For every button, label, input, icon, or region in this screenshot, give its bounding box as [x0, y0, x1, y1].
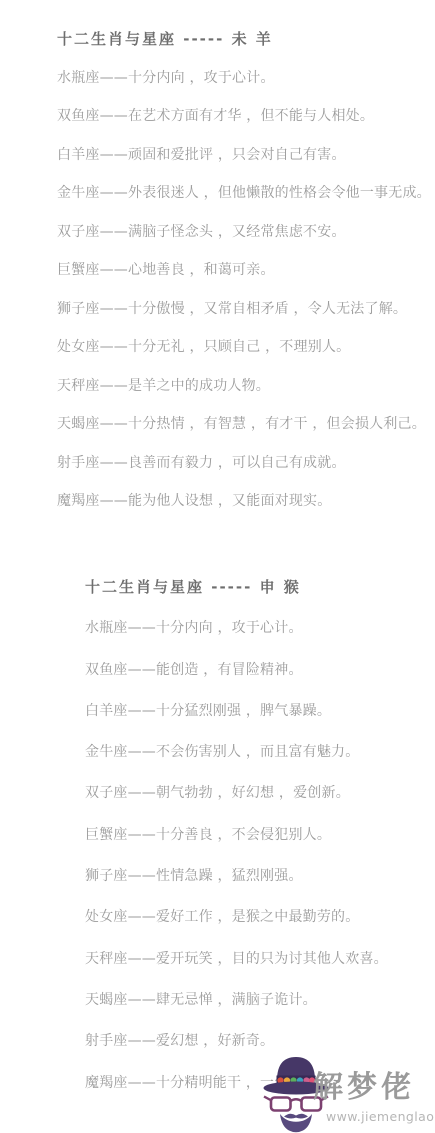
- zodiac-line: 巨蟹座——十分善良 ，不会侵犯别人。: [85, 826, 388, 845]
- zodiac-line: 白羊座——顽固和爱批评 ，只会对自己有害。: [57, 146, 431, 165]
- zodiac-line: 天秤座——是羊之中的成功人物。: [57, 377, 431, 396]
- zodiac-line: 天蝎座——十分热情 ，有智慧 ，有才干 ，但会损人利己。: [57, 415, 431, 434]
- zodiac-line: 狮子座——十分傲慢 ，又常自相矛盾 ，令人无法了解。: [57, 300, 431, 319]
- section-goat: 十二生肖与星座 ----- 未 羊 水瓶座——十分内向 ，攻于心计。 双鱼座——…: [57, 29, 431, 511]
- page: { "sections": [ { "title_text": "十二生肖与星座…: [0, 0, 435, 1133]
- zodiac-line: 魔羯座——十分精明能干 ，一丝不苟。: [85, 1074, 388, 1093]
- zodiac-line: 天蝎座——肆无忌惮 ，满脑子诡计。: [85, 991, 388, 1010]
- zodiac-line: 狮子座——性情急躁 ，猛烈刚强。: [85, 867, 388, 886]
- zodiac-line: 双子座——满脑子怪念头 ，又经常焦虑不安。: [57, 223, 431, 242]
- zodiac-line: 金牛座——不会伤害别人 ，而且富有魅力。: [85, 743, 388, 762]
- zodiac-line: 处女座——十分无礼 ，只顾自己 ，不理别人。: [57, 338, 431, 357]
- zodiac-line: 射手座——爱幻想 ，好新奇。: [85, 1032, 388, 1051]
- zodiac-line: 双鱼座——能创造 ，有冒险精神。: [85, 661, 388, 680]
- section-monkey: 十二生肖与星座 ----- 申 猴 水瓶座——十分内向 ，攻于心计。 双鱼座——…: [85, 577, 388, 1093]
- zodiac-line: 白羊座——十分猛烈刚强 ，脾气暴躁。: [85, 702, 388, 721]
- zodiac-line: 巨蟹座——心地善良 ，和蔼可亲。: [57, 261, 431, 280]
- zodiac-line: 射手座——良善而有毅力 ，可以自己有成就。: [57, 454, 431, 473]
- zodiac-line: 处女座——爱好工作 ，是猴之中最勤劳的。: [85, 908, 388, 927]
- zodiac-line: 魔羯座——能为他人设想 ，又能面对现实。: [57, 492, 431, 511]
- zodiac-line: 金牛座——外表很迷人 ，但他懒散的性格会令他一事无成。: [57, 184, 431, 203]
- zodiac-line: 水瓶座——十分内向 ，攻于心计。: [57, 69, 431, 88]
- section-title: 十二生肖与星座 ----- 申 猴: [85, 577, 388, 597]
- section-title: 十二生肖与星座 ----- 未 羊: [57, 29, 431, 49]
- zodiac-line: 双鱼座——在艺术方面有才华 ，但不能与人相处。: [57, 107, 431, 126]
- zodiac-line: 水瓶座——十分内向 ，攻于心计。: [85, 619, 388, 638]
- zodiac-line: 天秤座——爱开玩笑 ，目的只为讨其他人欢喜。: [85, 950, 388, 969]
- site-url: www.jiemenglao.com: [326, 1109, 435, 1124]
- zodiac-line: 双子座——朝气勃勃 ，好幻想 ，爱创新。: [85, 784, 388, 803]
